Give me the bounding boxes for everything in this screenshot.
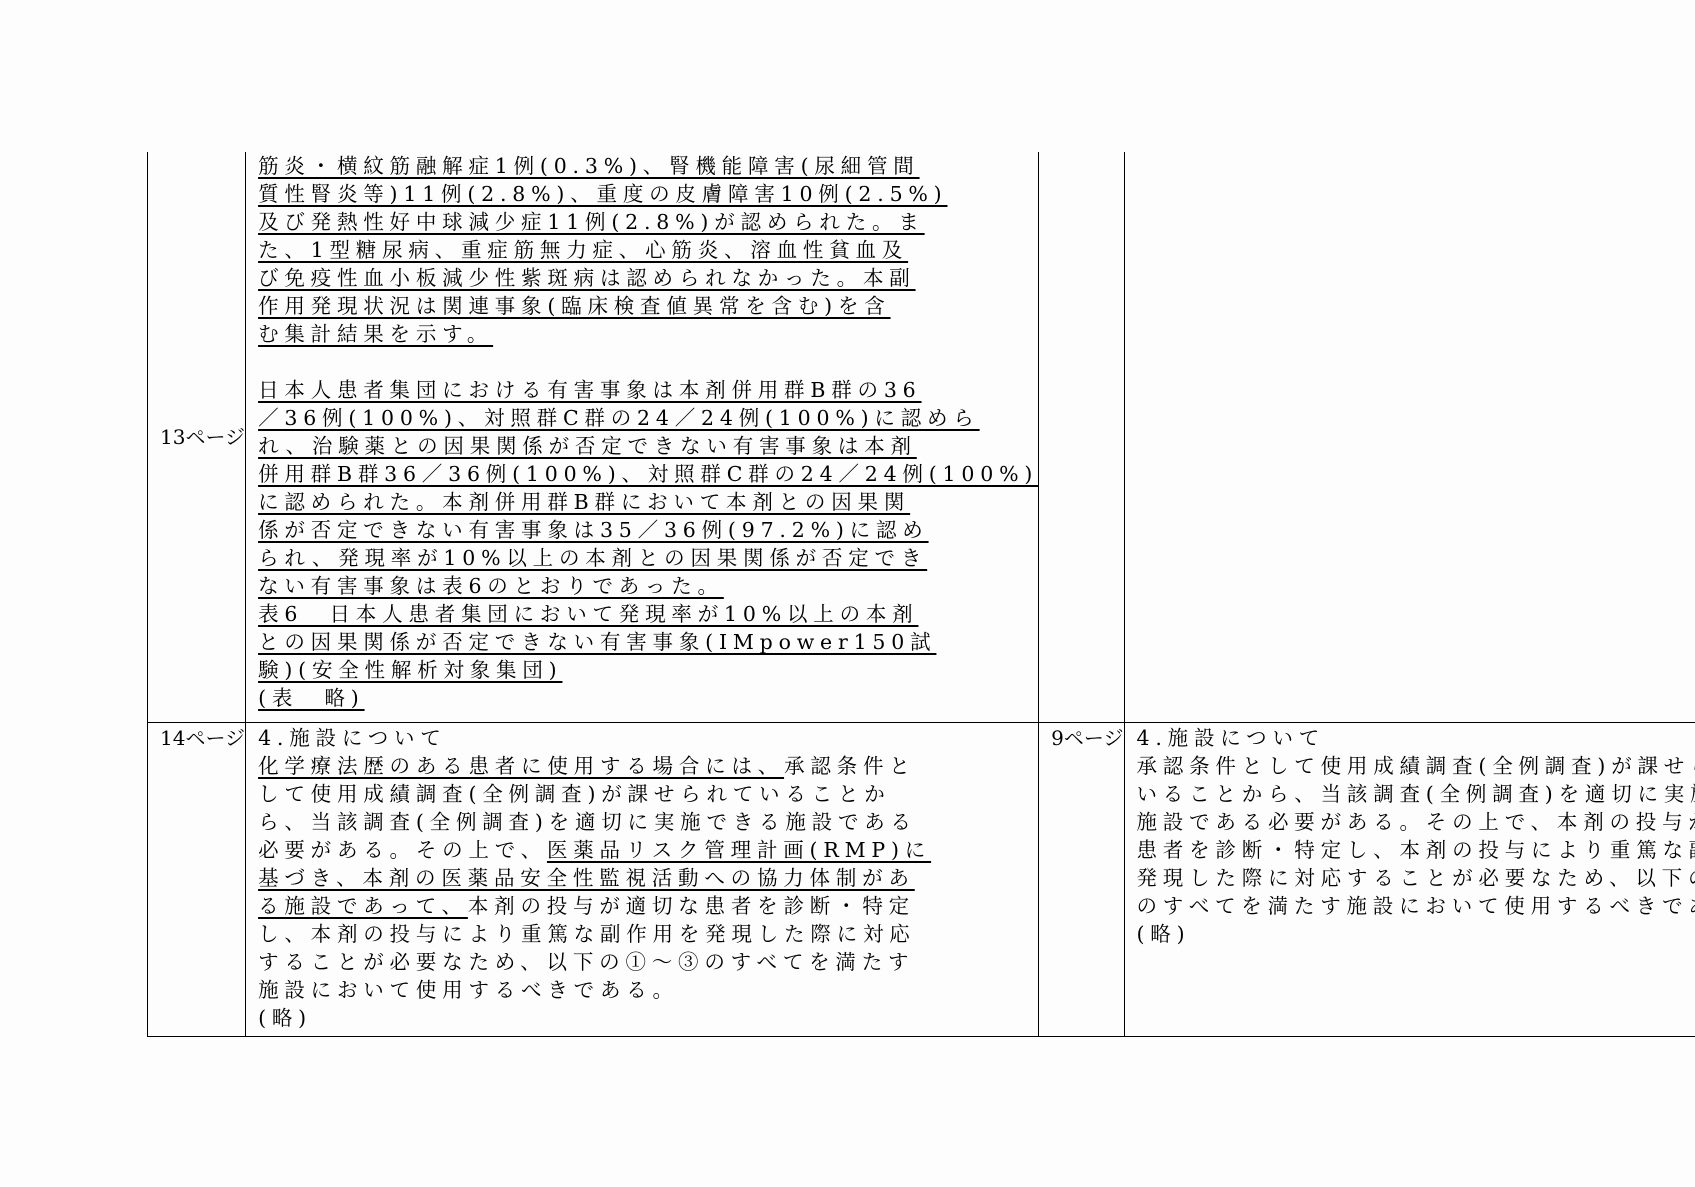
plain-text: 施設において使用するべきである。 (258, 978, 679, 1002)
underlined-revision-text: 質性腎炎等)11例(2.8%)、重度の皮膚障害10例(2.5%) (258, 182, 947, 206)
text-line: 係が否定できない有害事象は35／36例(97.2%)に認め (258, 516, 1038, 544)
text-line: 必要がある。その上で、医薬品リスク管理計画(RMP)に (258, 836, 1038, 864)
underlined-revision-text: ／36例(100%)、対照群C群の24／24例(100%)に認めら (258, 406, 980, 430)
underlined-revision-text: 併用群B群36／36例(100%)、対照群C群の24／24例(100%) (258, 462, 1038, 486)
text-line: ない有害事象は表6のとおりであった。 (258, 572, 1038, 600)
plain-text: のすべてを満たす施設において使用するべきである。 (1137, 894, 1695, 918)
text-line: た、1型糖尿病、重症筋無力症、心筋炎、溶血性貧血及 (258, 236, 1038, 264)
text-line: 基づき、本剤の医薬品安全性監視活動への協力体制があ (258, 864, 1038, 892)
plain-text: 必要がある。その上で、 (258, 838, 547, 862)
text-line: 作用発現状況は関連事象(臨床検査値異常を含む)を含 (258, 292, 1038, 320)
text-line: る施設であって、本剤の投与が適切な患者を診断・特定 (258, 892, 1038, 920)
underlined-revision-text: れ、治験薬との因果関係が否定できない有害事象は本剤 (258, 434, 917, 458)
underlined-revision-text: に認められた。本剤併用群B群において本剤との因果関 (258, 490, 910, 514)
text-line: れ、治験薬との因果関係が否定できない有害事象は本剤 (258, 432, 1038, 460)
cell-revised-text: 4.施設について化学療法歴のある患者に使用する場合には、承認条件として使用成績調… (246, 722, 1039, 1036)
text-line: 日本人患者集団における有害事象は本剤併用群B群の36 (258, 376, 1038, 404)
original-facilities-text: 4.施設について承認条件として使用成績調査(全例調査)が課せられていることから、… (1125, 723, 1695, 948)
revised-facilities-text: 4.施設について化学療法歴のある患者に使用する場合には、承認条件として使用成績調… (246, 723, 1038, 1032)
underlined-revision-text: る施設であって、 (258, 894, 468, 918)
cell-original-text: 4.施設について承認条件として使用成績調査(全例調査)が課せられていることから、… (1124, 722, 1695, 1036)
revised-text-block: 筋炎・横紋筋融解症1例(0.3%)、腎機能障害(尿細管間質性腎炎等)11例(2.… (246, 152, 1038, 712)
text-line: 発現した際に対応することが必要なため、以下の①～③ (1137, 864, 1695, 892)
cell-page-label-left: 14ページ (148, 722, 246, 1036)
plain-text: (略) (1137, 922, 1191, 946)
underlined-revision-text: た、1型糖尿病、重症筋無力症、心筋炎、溶血性貧血及 (258, 238, 908, 262)
underlined-revision-text: 筋炎・横紋筋融解症1例(0.3%)、腎機能障害(尿細管間 (258, 154, 920, 178)
table-row-page-13: 13ページ 筋炎・横紋筋融解症1例(0.3%)、腎機能障害(尿細管間質性腎炎等)… (148, 152, 1695, 722)
text-line: 承認条件として使用成績調査(全例調査)が課せられて (1137, 752, 1695, 780)
underlined-revision-text: ない有害事象は表6のとおりであった。 (258, 574, 724, 598)
text-line: し、本剤の投与により重篤な副作用を発現した際に対応 (258, 920, 1038, 948)
plain-text: 4.施設について (1137, 726, 1326, 750)
text-line: ／36例(100%)、対照群C群の24／24例(100%)に認めら (258, 404, 1038, 432)
plain-text: 承認条件として使用成績調査(全例調査)が課せられて (1137, 754, 1695, 778)
plain-text: して使用成績調査(全例調査)が課せられていることか (258, 782, 891, 806)
underlined-revision-text: との因果関係が否定できない有害事象(IMpower150試 (258, 630, 936, 654)
underlined-revision-text: 表6 日本人患者集団において発現率が10%以上の本剤 (258, 602, 918, 626)
plain-text: 施設である必要がある。その上で、本剤の投与が適切な (1137, 810, 1695, 834)
text-line: 4.施設について (258, 724, 1038, 752)
underlined-revision-text: び免疫性血小板減少性紫斑病は認められなかった。本副 (258, 266, 916, 290)
table-row-page-14: 14ページ 4.施設について化学療法歴のある患者に使用する場合には、承認条件とし… (148, 722, 1695, 1036)
underlined-revision-text: 基づき、本剤の医薬品安全性監視活動への協力体制があ (258, 866, 915, 890)
text-line: のすべてを満たす施設において使用するべきである。 (1137, 892, 1695, 920)
text-line: 表6 日本人患者集団において発現率が10%以上の本剤 (258, 600, 1038, 628)
text-line: 4.施設について (1137, 724, 1695, 752)
text-line: 施設である必要がある。その上で、本剤の投与が適切な (1137, 808, 1695, 836)
text-line: して使用成績調査(全例調査)が課せられていることか (258, 780, 1038, 808)
page-label-13: 13ページ (148, 423, 245, 451)
cell-original-text (1124, 152, 1695, 722)
text-line: む集計結果を示す。 (258, 320, 1038, 348)
text-line: 筋炎・横紋筋融解症1例(0.3%)、腎機能障害(尿細管間 (258, 152, 1038, 180)
plain-text: 発現した際に対応することが必要なため、以下の①～③ (1137, 866, 1695, 890)
cell-page-label-left: 13ページ (148, 152, 246, 722)
plain-text: いることから、当該調査(全例調査)を適切に実施できる (1137, 782, 1695, 806)
underlined-revision-text: 係が否定できない有害事象は35／36例(97.2%)に認め (258, 518, 929, 542)
page-label-9: 9ページ (1039, 723, 1123, 752)
text-line: 質性腎炎等)11例(2.8%)、重度の皮膚障害10例(2.5%) (258, 180, 1038, 208)
underlined-revision-text: む集計結果を示す。 (258, 322, 493, 346)
plain-text: し、本剤の投与により重篤な副作用を発現した際に対応 (258, 922, 916, 946)
cell-page-label-right: 9ページ (1039, 722, 1124, 1036)
underlined-revision-text: 日本人患者集団における有害事象は本剤併用群B群の36 (258, 378, 921, 402)
text-line: することが必要なため、以下の①～③のすべてを満たす (258, 948, 1038, 976)
plain-text: ら、当該調査(全例調査)を適切に実施できる施設である (258, 810, 917, 834)
underlined-revision-text: 医薬品リスク管理計画(RMP)に (547, 838, 931, 862)
document-page: 13ページ 筋炎・横紋筋融解症1例(0.3%)、腎機能障害(尿細管間質性腎炎等)… (0, 0, 1695, 1187)
plain-text: することが必要なため、以下の①～③のすべてを満たす (258, 950, 914, 974)
text-line: (略) (258, 1004, 1038, 1032)
plain-text: 患者を診断・特定し、本剤の投与により重篤な副作用を (1137, 838, 1695, 862)
text-line: 患者を診断・特定し、本剤の投与により重篤な副作用を (1137, 836, 1695, 864)
text-line: 併用群B群36／36例(100%)、対照群C群の24／24例(100%) (258, 460, 1038, 488)
text-line: 及び発熱性好中球減少症11例(2.8%)が認められた。ま (258, 208, 1038, 236)
underlined-revision-text: 及び発熱性好中球減少症11例(2.8%)が認められた。ま (258, 210, 925, 234)
cell-revised-text: 筋炎・横紋筋融解症1例(0.3%)、腎機能障害(尿細管間質性腎炎等)11例(2.… (246, 152, 1039, 722)
text-line: いることから、当該調査(全例調査)を適切に実施できる (1137, 780, 1695, 808)
plain-text: (略) (258, 1006, 312, 1030)
text-line: 験)(安全性解析対象集団) (258, 656, 1038, 684)
text-line: ら、当該調査(全例調査)を適切に実施できる施設である (258, 808, 1038, 836)
underlined-revision-text: られ、発現率が10%以上の本剤との因果関係が否定でき (258, 546, 927, 570)
text-line: に認められた。本剤併用群B群において本剤との因果関 (258, 488, 1038, 516)
text-line: 施設において使用するべきである。 (258, 976, 1038, 1004)
revision-comparison-table: 13ページ 筋炎・横紋筋融解症1例(0.3%)、腎機能障害(尿細管間質性腎炎等)… (147, 152, 1695, 1037)
text-line: (表 略) (258, 684, 1038, 712)
page-label-14: 14ページ (148, 723, 245, 752)
text-line: との因果関係が否定できない有害事象(IMpower150試 (258, 628, 1038, 656)
text-line: (略) (1137, 920, 1695, 948)
text-line: 化学療法歴のある患者に使用する場合には、承認条件と (258, 752, 1038, 780)
underlined-revision-text: 験)(安全性解析対象集団) (258, 658, 562, 682)
text-line: び免疫性血小板減少性紫斑病は認められなかった。本副 (258, 264, 1038, 292)
plain-text: 承認条件と (784, 754, 916, 778)
underlined-revision-text: (表 略) (258, 686, 365, 710)
underlined-revision-text: 作用発現状況は関連事象(臨床検査値異常を含む)を含 (258, 294, 891, 318)
blank-line (258, 348, 1038, 376)
text-line: られ、発現率が10%以上の本剤との因果関係が否定でき (258, 544, 1038, 572)
underlined-revision-text: 化学療法歴のある患者に使用する場合には、 (258, 754, 784, 778)
cell-page-label-right (1039, 152, 1124, 722)
plain-text: 4.施設について (258, 726, 447, 750)
plain-text: 本剤の投与が適切な患者を診断・特定 (468, 894, 915, 918)
